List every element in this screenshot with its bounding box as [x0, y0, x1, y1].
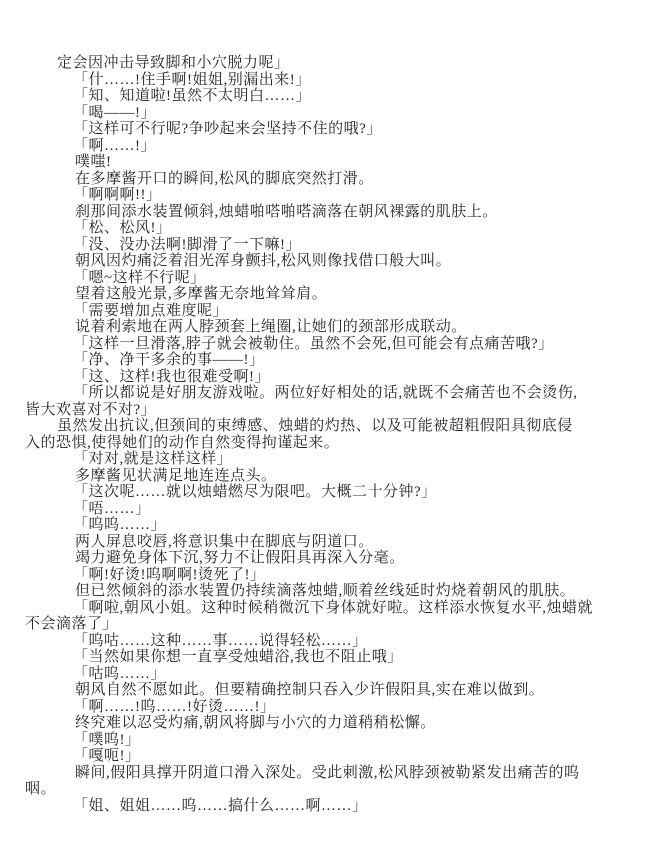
text-line: 「净、净干多余的事——!」 — [73, 352, 602, 369]
text-line: 「啊啊啊!!」 — [73, 187, 602, 204]
text-line: 入的恐惧,使得她们的动作自然变得拘谨起来。 — [25, 435, 602, 452]
text-line: 两人屏息咬唇,将意识集中在脚底与阴道口。 — [75, 534, 602, 551]
text-line: 多摩酱见状满足地连连点头。 — [75, 468, 602, 485]
text-line: 「嘎呃!」 — [73, 748, 602, 765]
text-line: 不会滴落了」 — [25, 616, 602, 633]
text-line: 「这样可不行呢?争吵起来会坚持不住的哦?」 — [73, 121, 602, 138]
document-page: 定会因冲击导致脚和小穴脱力呢」「什……!住手啊!姐姐,别漏出来!」「知、知道啦!… — [0, 0, 650, 850]
text-line: 竭力避免身体下沉,努力不让假阳具再深入分毫。 — [75, 550, 602, 567]
text-line: 皆大欢喜对不对?」 — [25, 402, 602, 419]
text-line: 终究难以忍受灼痛,朝风将脚与小穴的力道稍稍松懈。 — [75, 715, 602, 732]
text-line: 「嗯~这样不行呢」 — [73, 270, 602, 287]
text-line: 说着利索地在两人脖颈套上绳圈,让她们的颈部形成联动。 — [75, 319, 602, 336]
text-line: 「这次呢……就以烛蜡燃尽为限吧。大概二十分钟?」 — [73, 484, 602, 501]
text-line: 「啊……!呜……!好烫……!」 — [73, 699, 602, 716]
text-line: 「松、松风!」 — [73, 220, 602, 237]
text-line: 「什……!住手啊!姐姐,别漏出来!」 — [73, 72, 602, 89]
text-line: 朝风自然不愿如此。但要精确控制只吞入少许假阳具,实在难以做到。 — [75, 682, 602, 699]
text-line: 「这样一旦滑落,脖子就会被勒住。虽然不会死,但可能会有点痛苦哦?」 — [73, 336, 602, 353]
text-line: 但已然倾斜的添水装置仍持续滴落烛蜡,顺着丝线延时灼烧着朝风的肌肤。 — [75, 583, 602, 600]
text-line: 瞬间,假阳具撑开阴道口滑入深处。受此刺激,松风脖颈被勒紧发出痛苦的呜 — [75, 765, 602, 782]
text-line: 咽。 — [25, 781, 602, 798]
text-line: 「呜咕……这种……事……说得轻松……」 — [73, 633, 602, 650]
page-text: 定会因冲击导致脚和小穴脱力呢」「什……!住手啊!姐姐,别漏出来!」「知、知道啦!… — [25, 55, 602, 814]
text-line: 「咕呜……」 — [73, 666, 602, 683]
text-line: 「姐、姐姐……呜……搞什么……啊……」 — [73, 798, 602, 815]
text-line: 「唔……」 — [73, 501, 602, 518]
text-line: 「知、知道啦!虽然不太明白……」 — [73, 88, 602, 105]
text-line: 「这、这样!我也很难受啊!」 — [73, 369, 602, 386]
text-line: 「啊!好烫!呜啊啊!烫死了!」 — [73, 567, 602, 584]
text-line: 「当然如果你想一直享受烛蜡浴,我也不阻止哦」 — [73, 649, 602, 666]
text-line: 「啊……!」 — [73, 138, 602, 155]
text-line: 「呜呜……」 — [73, 517, 602, 534]
text-line: 定会因冲击导致脚和小穴脱力呢」 — [57, 55, 602, 72]
text-line: 「没、没办法啊!脚滑了一下嘛!」 — [73, 237, 602, 254]
text-line: 朝风因灼痛泛着泪光浑身颤抖,松风则像找借口般大叫。 — [75, 253, 602, 270]
text-line: 虽然发出抗议,但颈间的束缚感、烛蜡的灼热、以及可能被超粗假阳具彻底侵 — [57, 418, 602, 435]
text-line: 「噗呜!」 — [73, 732, 602, 749]
text-line: 「对对,就是这样这样」 — [73, 451, 602, 468]
text-line: 「喝——!」 — [73, 105, 602, 122]
text-line: 「啊啦,朝风小姐。这种时候稍微沉下身体就好啦。这样添水恢复水平,烛蜡就 — [73, 600, 602, 617]
text-line: 望着这般光景,多摩酱无奈地耸耸肩。 — [75, 286, 602, 303]
text-line: 刹那间添水装置倾斜,烛蜡啪嗒啪嗒滴落在朝风裸露的肌肤上。 — [75, 204, 602, 221]
text-line: 在多摩酱开口的瞬间,松风的脚底突然打滑。 — [75, 171, 602, 188]
text-line: 「需要增加点难度呢」 — [73, 303, 602, 320]
text-line: 噗嗤! — [75, 154, 602, 171]
text-line: 「所以都说是好朋友游戏啦。两位好好相处的话,就既不会痛苦也不会烫伤, — [73, 385, 602, 402]
